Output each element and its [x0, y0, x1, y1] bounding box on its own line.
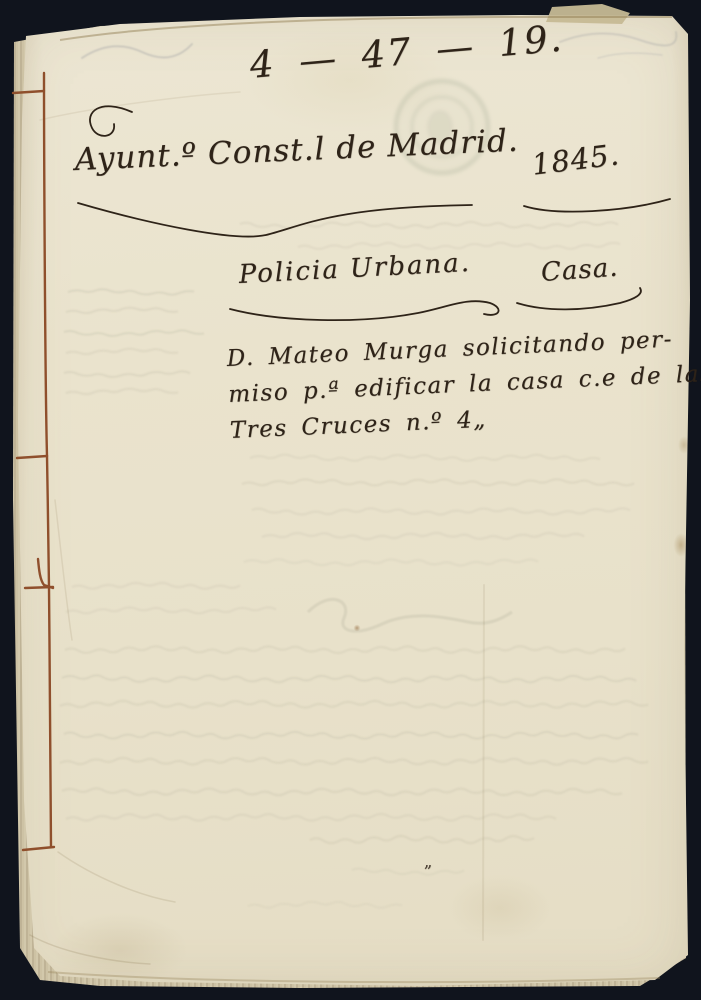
- subject-label: Casa.: [540, 253, 619, 288]
- entry-text: D. Mateo Murga solicitando per- miso p.ª…: [226, 320, 700, 448]
- ditto-mark: „: [424, 852, 432, 871]
